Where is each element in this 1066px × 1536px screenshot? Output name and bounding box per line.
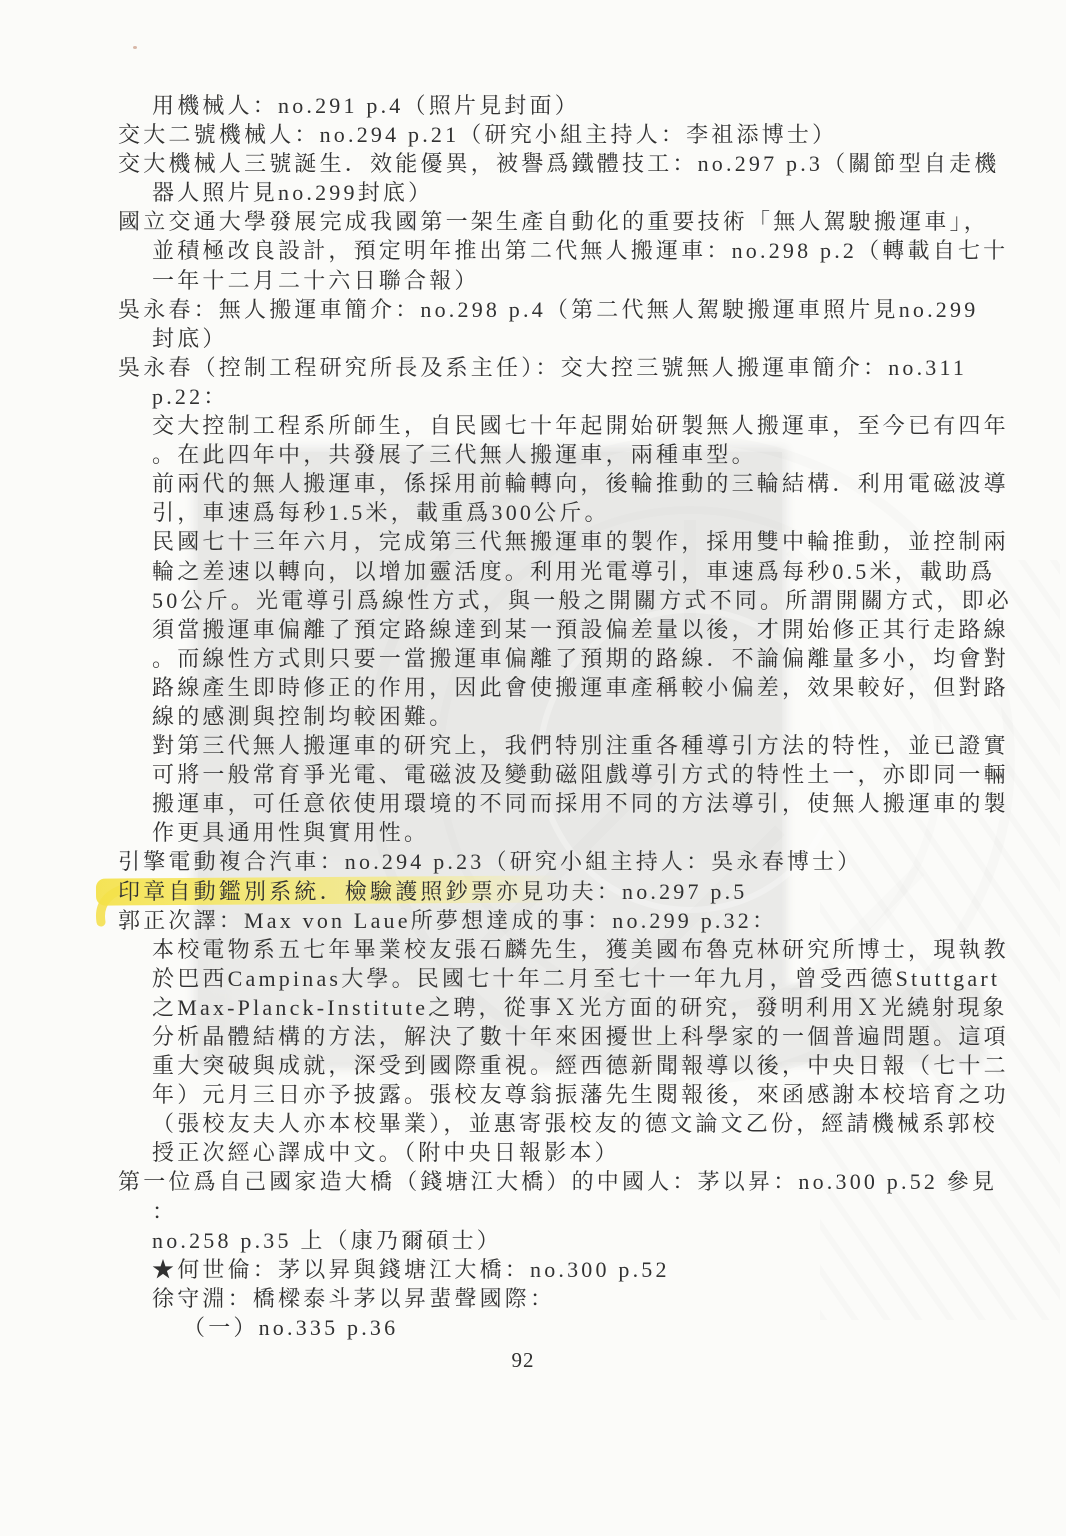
text-line: 交大二號機械人：no.294 p.21（研究小組主持人：李祖添博士） xyxy=(0,120,1066,149)
text-line: 國立交通大學發展完成我國第一架生產自動化的重要技術「無人駕駛搬運車」， xyxy=(0,207,1066,236)
text-line: 一年十二月二十六日聯合報） xyxy=(0,266,1066,295)
text-line: 須當搬運車偏離了預定路線達到某一預設偏差量以後，才開始修正其行走路線 xyxy=(0,615,1066,644)
text-line: 封底） xyxy=(0,324,1066,353)
text-line: 可將一般常育爭光電、電磁波及變動磁阻戲導引方式的特性土一，亦即同一輛 xyxy=(0,760,1066,789)
scanned-document-page: 用機械人：no.291 p.4（照片見封面）交大二號機械人：no.294 p.2… xyxy=(0,0,1066,1536)
text-line: （一）no.335 p.36 xyxy=(0,1313,1066,1342)
text-line: ★何世倫：茅以昇與錢塘江大橋：no.300 p.52 xyxy=(0,1255,1066,1284)
text-line: 50公斤。光電導引爲線性方式，與一般之開關方式不同。所謂開關方式，即必 xyxy=(0,586,1066,615)
text-line: 徐守淵：橋樑泰斗茅以昇蜚聲國際： xyxy=(0,1284,1066,1313)
paper-speck xyxy=(133,46,137,49)
text-line: 之Max-Planck-Institute之聘，從事Ｘ光方面的研究，發明利用Ｘ光… xyxy=(0,993,1066,1022)
page-number: 92 xyxy=(0,1348,1046,1373)
text-line: 分析晶體結構的方法，解決了數十年來困擾世上科學家的一個普遍問題。這項 xyxy=(0,1022,1066,1051)
text-line: 用機械人：no.291 p.4（照片見封面） xyxy=(0,91,1066,120)
text-line: 器人照片見no.299封底） xyxy=(0,178,1066,207)
text-line: 交大機械人三號誕生．效能優異，被譽爲鐵體技工：no.297 p.3（關節型自走機 xyxy=(0,149,1066,178)
text-line: 民國七十三年六月，完成第三代無搬運車的製作，採用雙中輪推動，並控制兩 xyxy=(0,527,1066,556)
text-line: 輪之差速以轉向，以增加靈活度。利用光電導引，車速爲每秒0.5米，載助爲 xyxy=(0,557,1066,586)
text-line: 前兩代的無人搬運車，係採用前輪轉向，後輪推動的三輪結構．利用電磁波導 xyxy=(0,469,1066,498)
highlighted-text-line: 印章自動鑑別系統．檢驗護照鈔票亦見功夫：no.297 p.5 xyxy=(0,877,1066,906)
text-line: 授正次經心譯成中文。（附中央日報影本） xyxy=(0,1138,1066,1167)
text-line: 搬運車，可任意依使用環境的不同而採用不同的方法導引，使無人搬運車的製 xyxy=(0,789,1066,818)
document-body: 用機械人：no.291 p.4（照片見封面）交大二號機械人：no.294 p.2… xyxy=(0,91,1066,1342)
text-line: 並積極改良設計，預定明年推出第二代無人搬運車：no.298 p.2（轉載自七十 xyxy=(0,236,1066,265)
text-line: 路線產生即時修正的作用，因此會使搬運車產稱較小偏差，效果較好，但對路 xyxy=(0,673,1066,702)
text-line: p.22： xyxy=(0,382,1066,411)
text-line: 對第三代無人搬運車的研究上，我們特別注重各種導引方法的特性，並已證實 xyxy=(0,731,1066,760)
text-line: ： xyxy=(0,1197,1066,1226)
text-line: 引，車速爲每秒1.5米，載重爲300公斤。 xyxy=(0,498,1066,527)
text-line: 年）元月三日亦予披露。張校友尊翁振藩先生閱報後，來函感謝本校培育之功 xyxy=(0,1080,1066,1109)
text-line: 第一位爲自己國家造大橋（錢塘江大橋）的中國人：茅以昇：no.300 p.52 參… xyxy=(0,1167,1066,1196)
text-line: 引擎電動複合汽車：no.294 p.23（研究小組主持人：吳永春博士） xyxy=(0,847,1066,876)
text-line: 於巴西Campinas大學。民國七十年二月至七十一年九月，曾受西德Stuttga… xyxy=(0,964,1066,993)
text-line: 交大控制工程系所師生，自民國七十年起開始研製無人搬運車，至今已有四年 xyxy=(0,411,1066,440)
text-line: （張校友夫人亦本校畢業），並惠寄張校友的德文論文乙份，經請機械系郭校 xyxy=(0,1109,1066,1138)
text-line: 。而線性方式則只要一當搬運車偏離了預期的路線．不論偏離量多小，均會對 xyxy=(0,644,1066,673)
text-line: 本校電物系五七年畢業校友張石麟先生，獲美國布魯克林研究所博士，現執教 xyxy=(0,935,1066,964)
text-line: 郭正次譯：Max von Laue所夢想達成的事：no.299 p.32： xyxy=(0,906,1066,935)
text-line: 吳永春：無人搬運車簡介：no.298 p.4（第二代無人駕駛搬運車照片見no.2… xyxy=(0,295,1066,324)
text-line: 。在此四年中，共發展了三代無人搬運車，兩種車型。 xyxy=(0,440,1066,469)
text-line: 線的感測與控制均較困難。 xyxy=(0,702,1066,731)
text-line: 作更具通用性與實用性。 xyxy=(0,818,1066,847)
text-line: 吳永春（控制工程研究所長及系主任）：交大控三號無人搬運車簡介：no.311 xyxy=(0,353,1066,382)
text-line: 重大突破與成就，深受到國際重視。經西德新聞報導以後，中央日報（七十二 xyxy=(0,1051,1066,1080)
text-line: no.258 p.35 上（康乃爾碩士） xyxy=(0,1226,1066,1255)
